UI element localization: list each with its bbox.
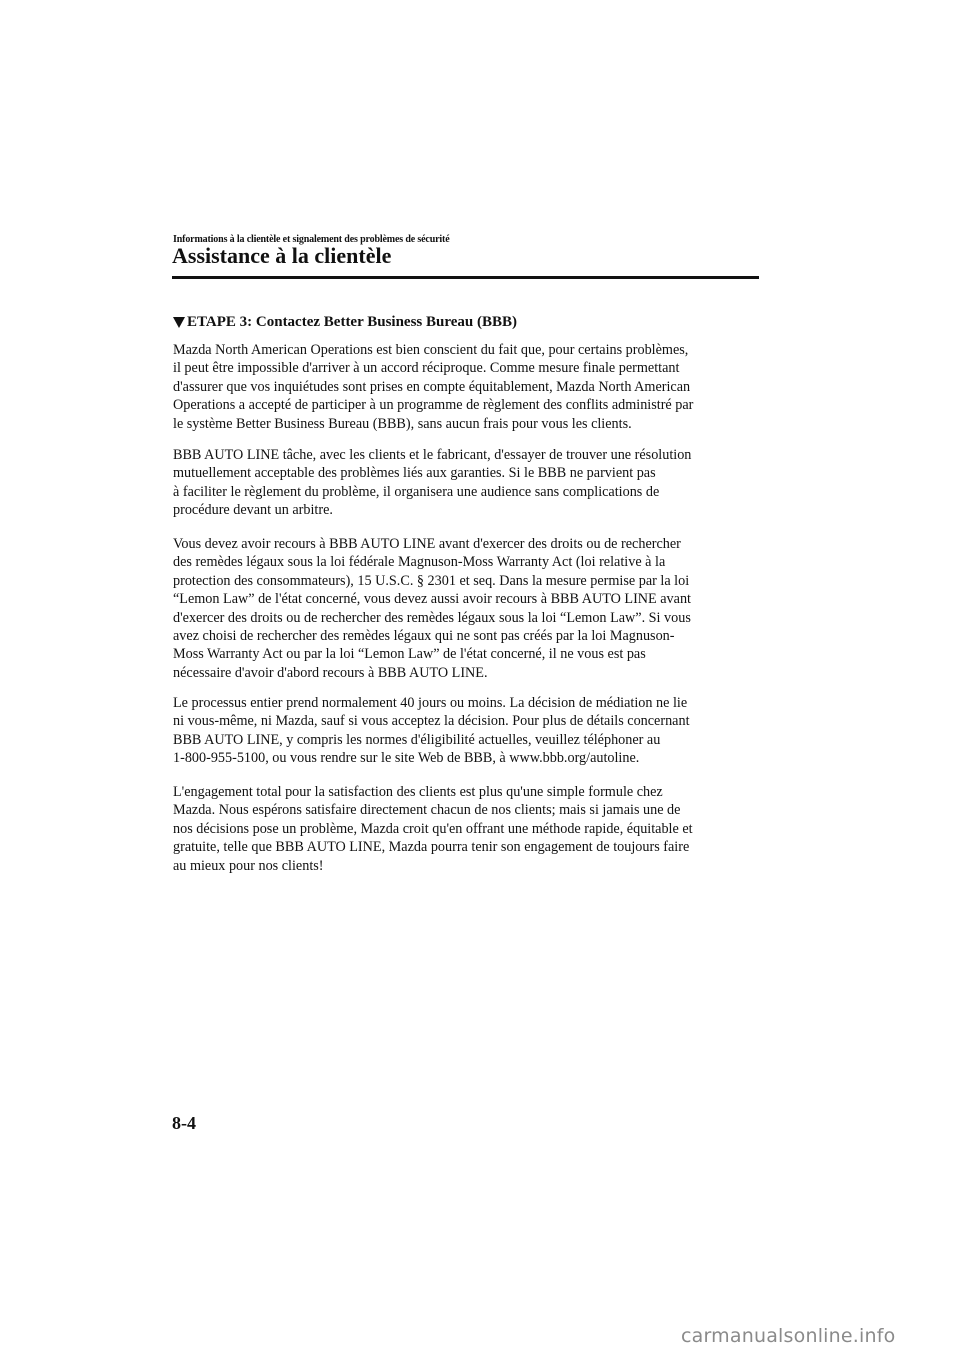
text-line: d'exercer des droits ou de rechercher de…: [173, 609, 773, 627]
manual-page: Informations à la clientèle et signaleme…: [0, 0, 960, 1358]
text-line: protection des consommateurs), 15 U.S.C.…: [173, 572, 773, 590]
text-line: BBB AUTO LINE, y compris les normes d'él…: [173, 731, 773, 749]
text-line: L'engagement total pour la satisfaction …: [173, 783, 773, 801]
text-line: Moss Warranty Act ou par la loi “Lemon L…: [173, 645, 773, 663]
text-line: mutuellement acceptable des problèmes li…: [173, 464, 773, 482]
text-line: Operations a accepté de participer à un …: [173, 396, 773, 414]
page-title: Assistance à la clientèle: [172, 243, 391, 269]
paragraph-process-duration: Le processus entier prend normalement 40…: [173, 694, 773, 768]
text-line: ni vous-même, ni Mazda, sauf si vous acc…: [173, 712, 773, 730]
text-line: il peut être impossible d'arriver à un a…: [173, 359, 773, 377]
section-heading: ETAPE 3: Contactez Better Business Burea…: [173, 313, 517, 331]
paragraph-commitment: L'engagement total pour la satisfaction …: [173, 783, 773, 875]
text-line: d'assurer que vos inquiétudes sont prise…: [173, 378, 773, 396]
text-line: avez choisi de rechercher des remèdes lé…: [173, 627, 773, 645]
text-line: Mazda North American Operations est bien…: [173, 341, 773, 359]
text-line: BBB AUTO LINE tâche, avec les clients et…: [173, 446, 773, 464]
text-line: au mieux pour nos clients!: [173, 857, 773, 875]
paragraph-auto-line-role: BBB AUTO LINE tâche, avec les clients et…: [173, 446, 773, 520]
section-heading-text: ETAPE 3: Contactez Better Business Burea…: [187, 313, 517, 331]
triangle-down-icon: [173, 317, 185, 328]
text-line: nos décisions pose un problème, Mazda cr…: [173, 820, 773, 838]
text-line: à faciliter le règlement du problème, il…: [173, 483, 773, 501]
title-divider: [172, 276, 759, 279]
text-line: “Lemon Law” de l'état concerné, vous dev…: [173, 590, 773, 608]
text-line: Vous devez avoir recours à BBB AUTO LINE…: [173, 535, 773, 553]
text-line: procédure devant un arbitre.: [173, 501, 773, 519]
paragraph-bbb-intro: Mazda North American Operations est bien…: [173, 341, 773, 433]
text-line: Le processus entier prend normalement 40…: [173, 694, 773, 712]
text-line: le système Better Business Bureau (BBB),…: [173, 415, 773, 433]
text-line: des remèdes légaux sous la loi fédérale …: [173, 553, 773, 571]
page-number: 8-4: [172, 1113, 196, 1134]
text-line: Mazda. Nous espérons satisfaire directem…: [173, 801, 773, 819]
paragraph-legal-remedies: Vous devez avoir recours à BBB AUTO LINE…: [173, 535, 773, 682]
watermark: carmanualsonline.info: [681, 1325, 895, 1347]
text-line: gratuite, telle que BBB AUTO LINE, Mazda…: [173, 838, 773, 856]
text-line: nécessaire d'avoir d'abord recours à BBB…: [173, 664, 773, 682]
text-line: 1-800-955-5100, ou vous rendre sur le si…: [173, 749, 773, 767]
